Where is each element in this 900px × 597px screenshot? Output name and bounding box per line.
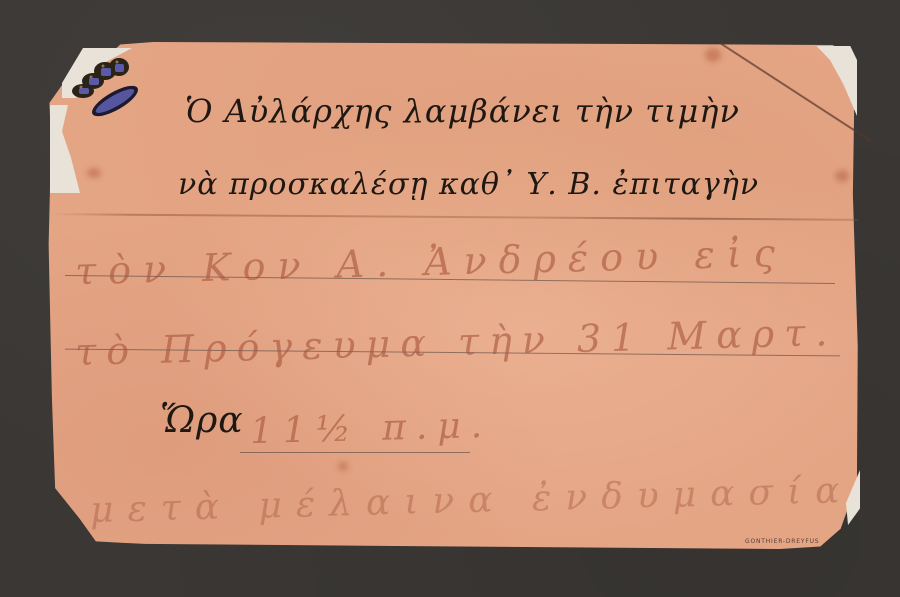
stain-spot xyxy=(338,462,348,471)
printed-time-label: Ὥρα xyxy=(160,400,244,441)
printer-mark: GONTHIER-DREYFUS xyxy=(745,538,819,545)
stain-spot xyxy=(705,48,721,62)
royal-crown-icon xyxy=(67,55,142,120)
stain-spot xyxy=(87,168,101,178)
printed-line-1: Ὁ Αὐλάρχης λαμβάνει τὴν τιμὴν xyxy=(185,92,740,130)
ruled-line-time xyxy=(240,452,470,453)
printed-line-2: νὰ προσκαλέσῃ καθ᾽ Υ. Β. ἐπιταγὴν xyxy=(178,167,759,202)
stain-spot xyxy=(835,170,849,182)
handwritten-time-value: 11½ π.μ. xyxy=(250,405,493,452)
